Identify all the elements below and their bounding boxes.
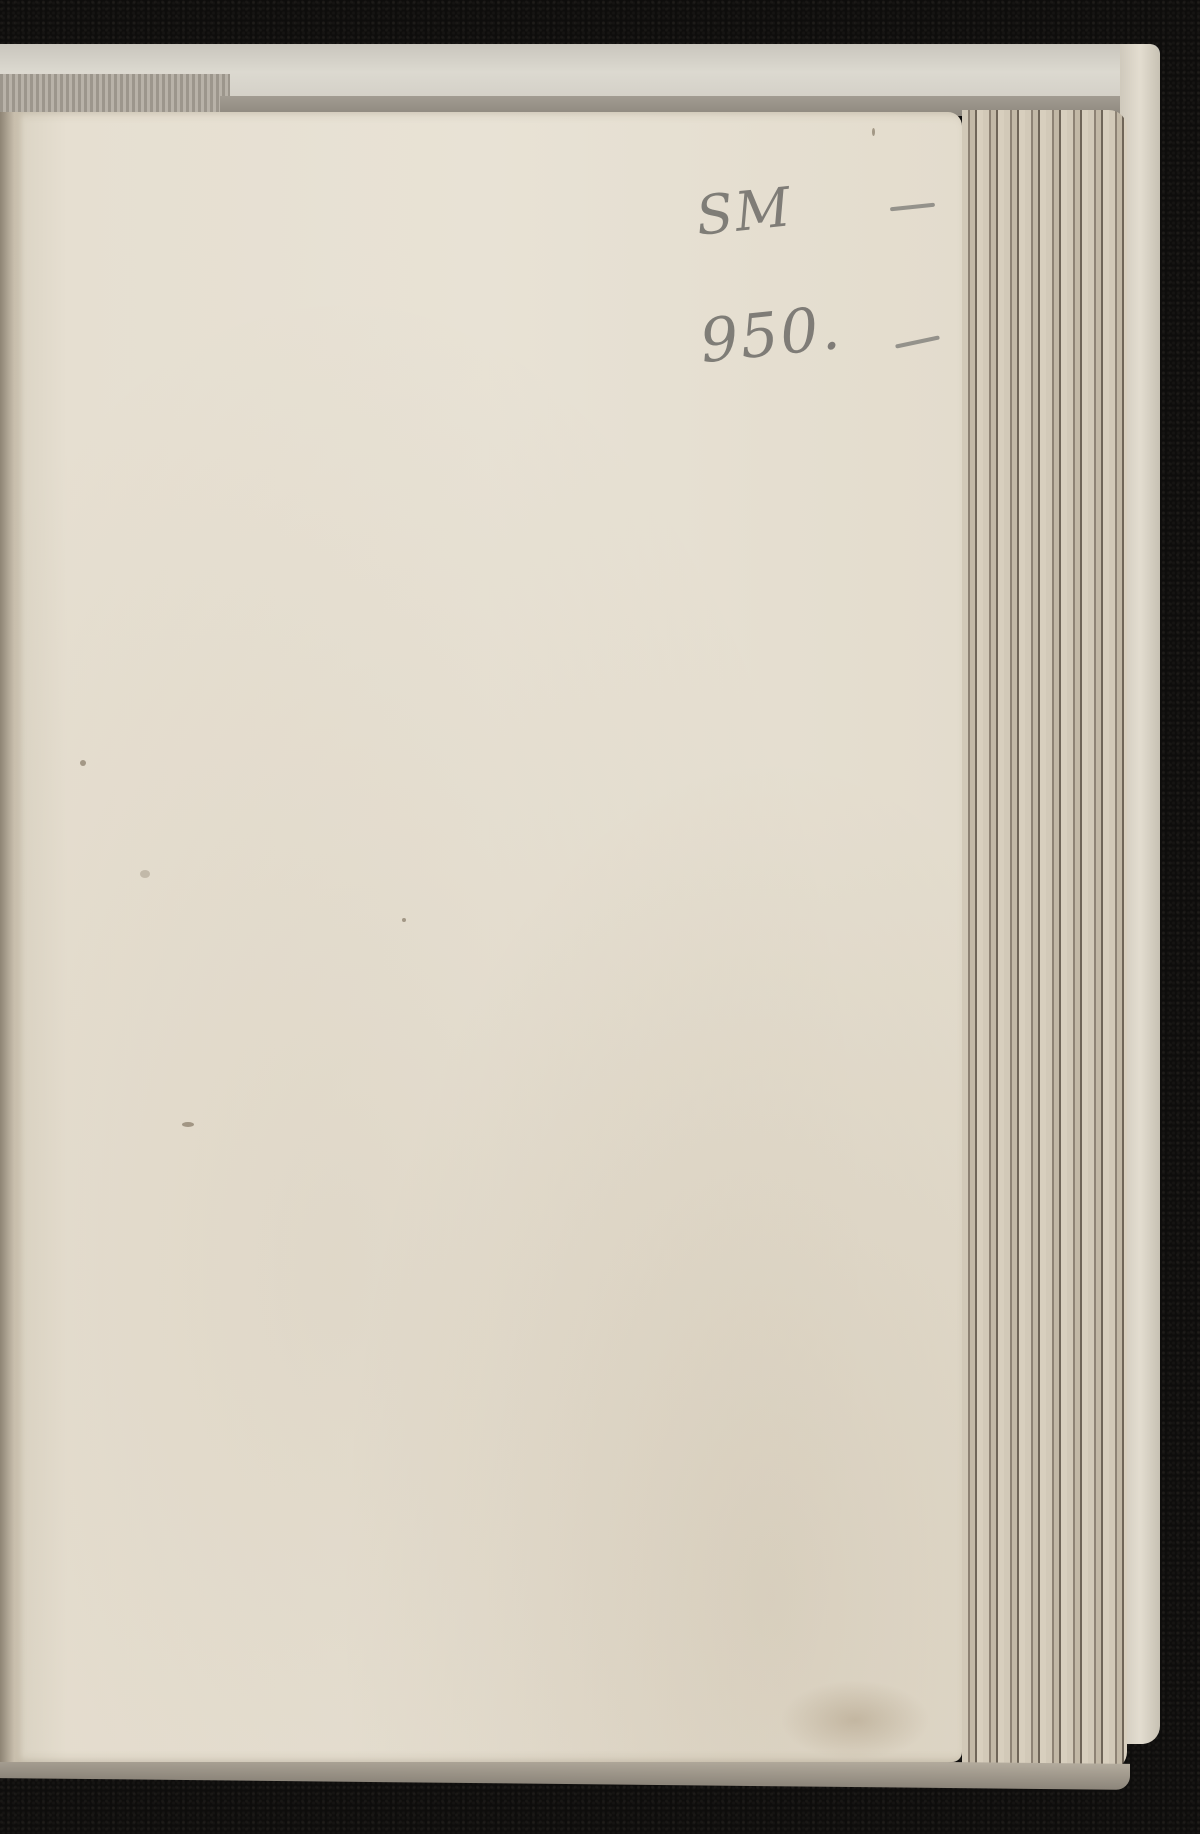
- pencil-annotation-price: 950.: [697, 293, 845, 377]
- page-block-fore-edge: [962, 110, 1127, 1770]
- pencil-annotation-shelfmark: SM: [693, 175, 795, 248]
- ink-mark: [872, 128, 875, 136]
- page-gutter: [0, 112, 24, 1762]
- foxing-spot: [182, 1122, 194, 1127]
- foxing-spot: [80, 760, 86, 766]
- headband: [0, 74, 230, 114]
- water-stain: [780, 1680, 930, 1760]
- foxing-spot: [402, 918, 406, 922]
- foxing-spot: [140, 870, 150, 878]
